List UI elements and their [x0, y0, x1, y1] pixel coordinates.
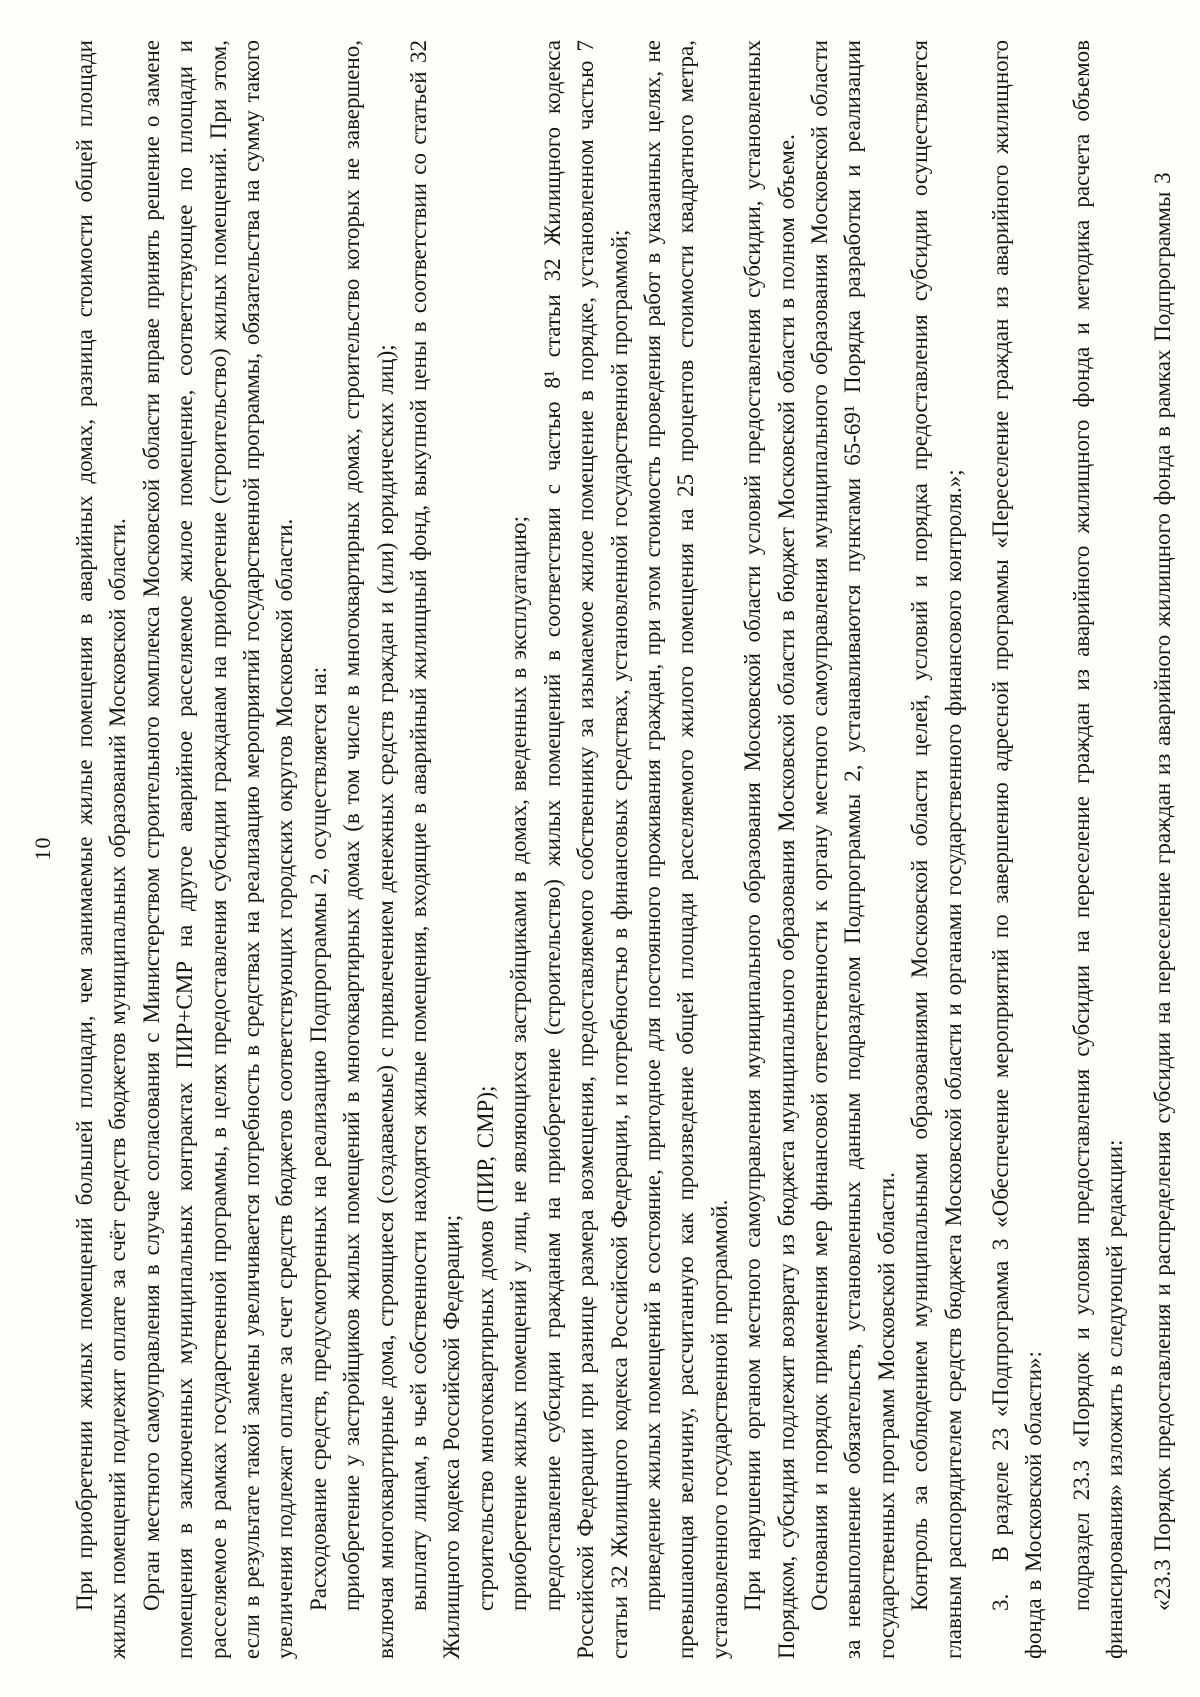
paragraph: При нарушении органом местного самоуправ…: [736, 40, 803, 1659]
paragraph: 3. В разделе 23 «Подпрограмма 3 «Обеспеч…: [984, 40, 1051, 1659]
paragraph: предоставление субсидии гражданам на при…: [536, 40, 636, 1659]
paragraph: «23.3 Порядок предоставления и распредел…: [1146, 40, 1179, 1659]
rotated-page-content: 10 При приобретении жилых помещений боль…: [0, 0, 1200, 1697]
paragraph: Основания и порядок применения мер финан…: [803, 40, 903, 1659]
paragraph: строительство многоквартирных домов (ПИР…: [469, 40, 502, 1659]
scanned-document-page: 10 При приобретении жилых помещений боль…: [0, 0, 1200, 1697]
paragraph: приобретение у застройщиков жилых помеще…: [335, 40, 402, 1659]
paragraph: приведение жилых помещений в состояние, …: [636, 40, 736, 1659]
paragraph: подраздел 23.3 «Порядок и условия предос…: [1065, 40, 1132, 1659]
paragraph: Контроль за соблюдением муниципальными о…: [903, 40, 970, 1659]
document-body: При приобретении жилых помещений большей…: [68, 40, 1179, 1659]
paragraph: При приобретении жилых помещений большей…: [68, 40, 135, 1659]
paragraph: Расходование средств, предусмотренных на…: [302, 40, 335, 1659]
paragraph: выплату лицам, в чьей собственности нахо…: [402, 40, 469, 1659]
paragraph: приобретение жилых помещений у лиц, не я…: [502, 40, 535, 1659]
paragraph: Орган местного самоуправления в случае с…: [135, 40, 302, 1659]
page-number: 10: [30, 0, 56, 1697]
